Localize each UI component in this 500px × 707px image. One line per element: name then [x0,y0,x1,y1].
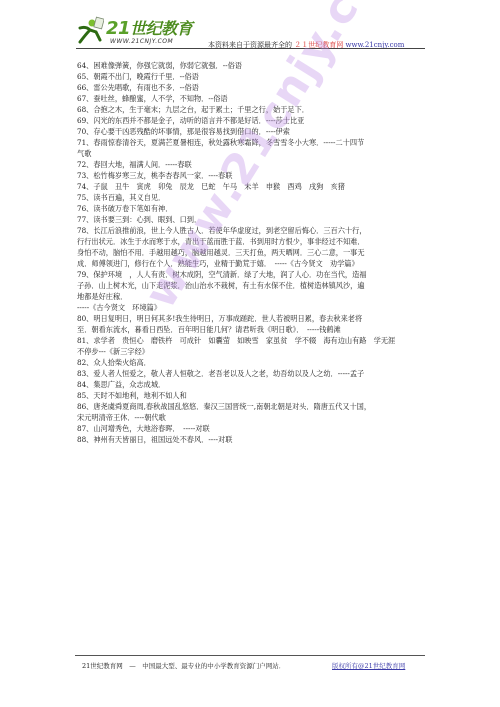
text-line: 85、天时不如地利，地利不如人和 [77,390,431,401]
page-footer: 21世纪教育网 — 中国最大型、最专业的中小学教育资源门户网站． 版权所有@21… [82,661,442,670]
header-divider [76,48,425,49]
text-line: 84、集思广益，众志成城． [77,379,431,390]
text-line: 身怕不动，脑怕不用．手越用越巧，脑越用越灵．三天打鱼，两天晒网．三心二意，一事无 [77,247,431,258]
site-logo[interactable]: 21世纪教育 WWW.21CNJY.COM [76,12,196,50]
text-line: 79、保护环境 ，人人有责．树木成阴，空气清新．绿了大地，润了人心．功在当代，造… [77,269,431,280]
text-line: 80、明日复明日，明日何其多!我生待明日，万事成蹉跎．世人若被明日累，春去秋来老… [77,313,431,324]
runner-with-book-icon [76,16,104,46]
text-line: 76、读书破万卷下笔如有神． [77,203,431,214]
text-line: 65、朝霞不出门，晚霞行千里．--俗语 [77,71,431,82]
text-line: 78、长江后浪推前浪，世上今人胜古人．若使年华虚度过，到老空留后悔心．三百六十行… [77,225,431,236]
text-line: -----《古今贤文 环境篇》 [77,302,431,313]
page-header: 21世纪教育 WWW.21CNJY.COM 本资料来自于资源最齐全的 ２１世纪教… [76,10,426,52]
text-line: 成．师傅领进门，修行在个人．熟能生巧，业精于勤荒于嬉． -----《古今贤文 劝… [77,258,431,269]
text-line: 82、众人拾柴火焰高． [77,357,431,368]
text-line: 至．朝看东流水，暮看日西坠．百年明日能几何？请君听我《明日歌》． -----钱鹤… [77,324,431,335]
footer-text: 21世纪教育网 — 中国最大型、最专业的中小学教育资源门户网站． [82,662,285,670]
footer-divider [75,655,425,656]
text-line: 行行出状元．冰生于水而寒于水，青出于蓝而胜于蓝．书到用时方恨少，事非经过不知难． [77,236,431,247]
text-line: 不停步---《新三字经》 [77,346,431,357]
text-line: 86、唐尧虞舜夏商周,春秋战国乱悠悠．秦汉三国晋统一,南朝北朝是对头．隋唐五代又… [77,401,431,412]
text-line: 地都是好庄稼． [77,291,431,302]
text-line: 81、求学者 贵恒心 磨铁杵 可成针 如囊萤 如映雪 家虽贫 学不辍 海有边山有… [77,335,431,346]
logo-url: WWW.21CNJY.COM [110,38,173,45]
text-line: 64、困难像弹簧，你强它就弱，你弱它就强．--俗语 [77,60,431,71]
copyright-link[interactable]: 版权所有@21世纪教育网 [332,661,405,670]
text-line: 子孙．山上树木光，山下走泥浆．治山治水不栽树，有土有水保不住．植树造林镇风沙，遍 [77,280,431,291]
text-line: 宋元明清帝王休．----朝代歌 [77,412,431,423]
text-line: 88、神州有天皆丽日，祖国远处不春风．----对联 [77,434,431,445]
logo-wordmark: 21世纪教育 [106,16,192,39]
text-line: 77、读书要三到：心到、眼到、口到． [77,214,431,225]
text-line: 87、山河增秀色，大地浴春晖． -----对联 [77,423,431,434]
text-line: 83、爱人者人恒爱之，敬人者人恒敬之．老吾老以及人之老，幼吾幼以及人之幼．---… [77,368,431,379]
text-line: 66、雷公先唱歌，有雨也不多．--俗语 [77,82,431,93]
